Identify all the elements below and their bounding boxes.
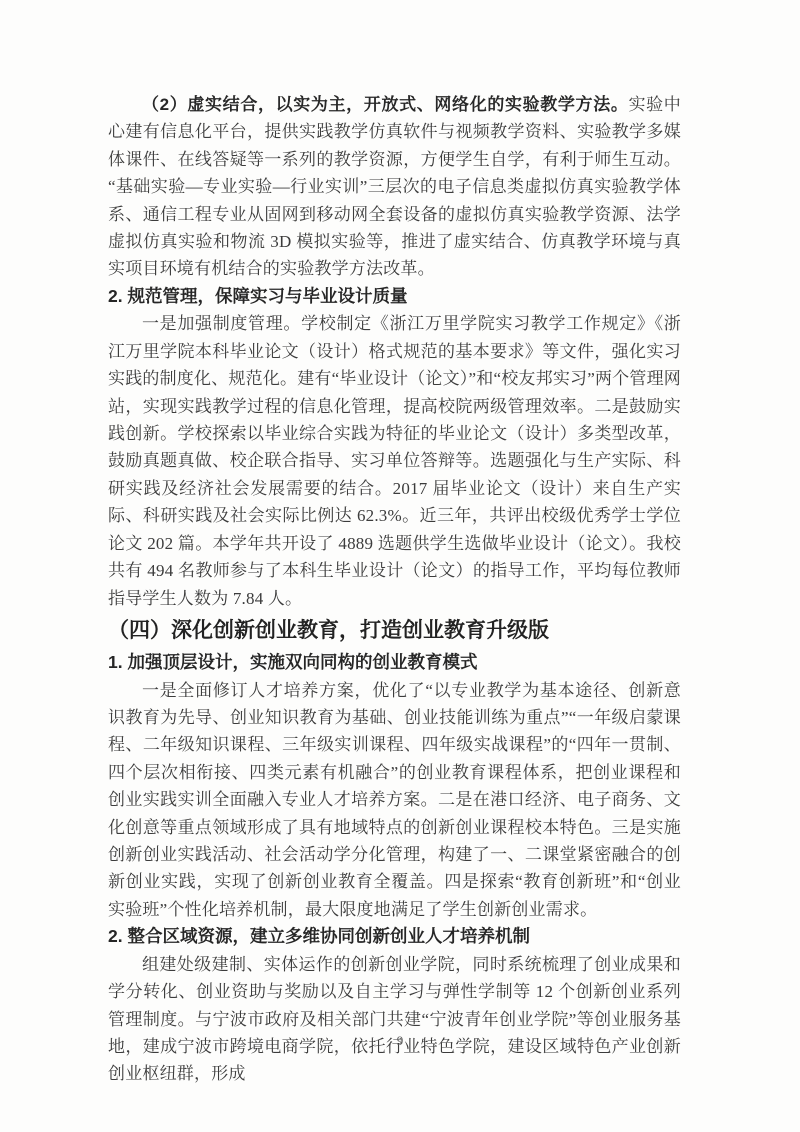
page-number: 9: [0, 1033, 800, 1049]
paragraph-body-text: 实验中心建有信息化平台，提供实践教学仿真软件与视频教学资料、实验教学多媒体课件、…: [108, 95, 681, 278]
heading-top-level-design: 1. 加强顶层设计，实施双向同构的创业教育模式: [108, 649, 681, 677]
paragraph-virtual-real-methods: （2）虚实结合，以实为主，开放式、网络化的实验教学方法。实验中心建有信息化平台，…: [108, 91, 681, 283]
paragraph-institutional-management: 一是加强制度管理。学校制定《浙江万里学院实习教学工作规定》《浙江万里学院本科毕业…: [108, 310, 681, 611]
paragraph-talent-cultivation-plan: 一是全面修订人才培养方案，优化了“以专业教学为基本途径、创新意识教育为先导、创业…: [108, 677, 681, 924]
paragraph-entrepreneurship-college: 组建处级建制、实体运作的创新创业学院，同时系统梳理了创业成果和学分转化、创业资助…: [108, 951, 681, 1088]
section-heading-innovation-entrepreneurship: （四）深化创新创业教育，打造创业教育升级版: [108, 615, 681, 647]
heading-standard-management: 2. 规范管理，保障实习与毕业设计质量: [108, 283, 681, 311]
document-page: （2）虚实结合，以实为主，开放式、网络化的实验教学方法。实验中心建有信息化平台，…: [0, 0, 800, 1132]
heading-regional-resources: 2. 整合区域资源，建立多维协同创新创业人才培养机制: [108, 923, 681, 951]
paragraph-bold-lead: （2）虚实结合，以实为主，开放式、网络化的实验教学方法。: [142, 95, 629, 114]
page-content: （2）虚实结合，以实为主，开放式、网络化的实验教学方法。实验中心建有信息化平台，…: [108, 91, 681, 1088]
